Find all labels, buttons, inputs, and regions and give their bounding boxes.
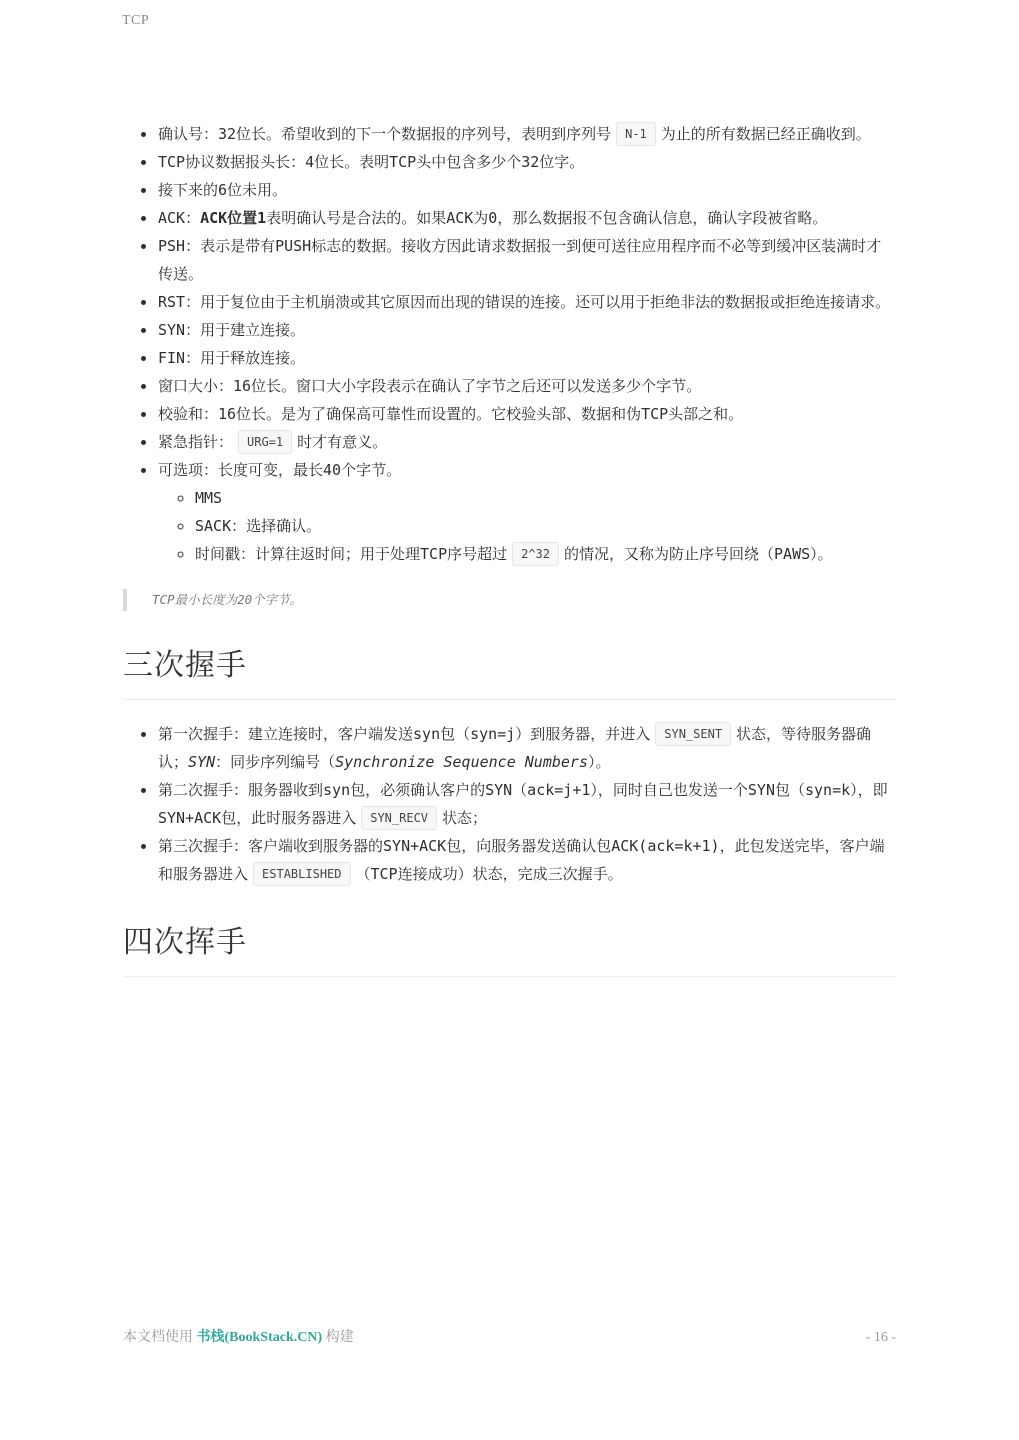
text-run: 确认号：32位长。希望收到的下一个数据报的序列号，表明到序列号 <box>158 125 611 143</box>
sub-list-item: SACK：选择确认。 <box>194 512 896 540</box>
inline-code: N-1 <box>616 122 656 146</box>
list-item: TCP协议数据报头长：4位长。表明TCP头中包含多少个32位字。 <box>157 148 896 176</box>
section-title-three-way: 三次握手 <box>123 647 896 700</box>
inline-code: URG=1 <box>238 430 292 454</box>
list-item: ACK：ACK位置1表明确认号是合法的。如果ACK为0，那么数据报不包含确认信息… <box>157 204 896 232</box>
list-item: 校验和：16位长。是为了确保高可靠性而设置的。它校验头部、数据和伪TCP头部之和… <box>157 400 896 428</box>
build-credit: 本文档使用 书栈(BookStack.CN) 构建 <box>123 1326 354 1346</box>
page-number: - 16 - <box>866 1330 896 1346</box>
document-page: TCP 确认号：32位长。希望收到的下一个数据报的序列号，表明到序列号N-1为止… <box>0 0 1019 1440</box>
text-run: 时才有意义。 <box>297 433 387 451</box>
list-item: 接下来的6位未用。 <box>157 176 896 204</box>
list-item: 第二次握手：服务器收到syn包，必须确认客户的SYN（ack=j+1），同时自己… <box>157 776 896 832</box>
text-run: SYN：用于建立连接。 <box>158 321 305 339</box>
italic-text: TCP最小长度为20个字节。 <box>152 592 302 607</box>
text-run: 的情况，又称为防止序号回绕（PAWS）。 <box>564 545 833 563</box>
text-run: 表明确认号是合法的。如果ACK为0，那么数据报不包含确认信息，确认字段被省略。 <box>266 209 827 227</box>
inline-code: SYN_SENT <box>655 722 731 746</box>
text-run: SACK：选择确认。 <box>195 517 321 535</box>
text-run: ）。 <box>588 753 611 771</box>
list-item: 窗口大小：16位长。窗口大小字段表示在确认了字节之后还可以发送多少个字节。 <box>157 372 896 400</box>
text-run: 状态； <box>442 809 487 827</box>
bookstack-link[interactable]: 书栈(BookStack.CN) <box>197 1330 323 1345</box>
bold-text: ACK位置1 <box>200 209 266 227</box>
section-four-way-handshake: 四次挥手 <box>123 924 896 977</box>
tcp-field-list: 确认号：32位长。希望收到的下一个数据报的序列号，表明到序列号N-1为止的所有数… <box>123 120 896 568</box>
section-three-way-handshake: 三次握手 第一次握手：建立连接时，客户端发送syn包（syn=j）到服务器，并进… <box>123 647 896 888</box>
text-run: 为止的所有数据已经正确收到。 <box>661 125 871 143</box>
list-item: 确认号：32位长。希望收到的下一个数据报的序列号，表明到序列号N-1为止的所有数… <box>157 120 896 148</box>
text-run: PSH：表示是带有PUSH标志的数据。接收方因此请求数据报一到便可送往应用程序而… <box>158 237 881 283</box>
text-run: 第二次握手：服务器收到syn包，必须确认客户的SYN（ack=j+1），同时自己… <box>158 781 888 827</box>
text-run: TCP协议数据报头长：4位长。表明TCP头中包含多少个32位字。 <box>158 153 584 171</box>
section-title-four-way: 四次挥手 <box>123 924 896 977</box>
inline-code: 2^32 <box>512 542 559 566</box>
list-item: 可选项：长度可变，最长40个字节。MMSSACK：选择确认。时间戳：计算往返时间… <box>157 456 896 568</box>
list-item: FIN：用于释放连接。 <box>157 344 896 372</box>
sub-list-item: MMS <box>194 484 896 512</box>
text-run: MMS <box>195 489 222 507</box>
text-run: 窗口大小：16位长。窗口大小字段表示在确认了字节之后还可以发送多少个字节。 <box>158 377 701 395</box>
three-way-handshake-list: 第一次握手：建立连接时，客户端发送syn包（syn=j）到服务器，并进入SYN_… <box>123 720 896 888</box>
credit-suffix: 构建 <box>322 1330 354 1345</box>
inline-code: SYN_RECV <box>361 806 437 830</box>
text-run: （TCP连接成功）状态，完成三次握手。 <box>356 865 623 883</box>
text-run: 可选项：长度可变，最长40个字节。 <box>158 461 401 479</box>
text-run: 第一次握手：建立连接时，客户端发送syn包（syn=j）到服务器，并进入 <box>158 725 650 743</box>
sub-list-item: 时间戳：计算往返时间；用于处理TCP序号超过2^32的情况，又称为防止序号回绕（… <box>194 540 896 568</box>
list-item: RST：用于复位由于主机崩溃或其它原因而出现的错误的连接。还可以用于拒绝非法的数… <box>157 288 896 316</box>
text-run: 时间戳：计算往返时间；用于处理TCP序号超过 <box>195 545 507 563</box>
text-run: 紧急指针： <box>158 433 233 451</box>
text-run: 接下来的6位未用。 <box>158 181 287 199</box>
content-area: 确认号：32位长。希望收到的下一个数据报的序列号，表明到序列号N-1为止的所有数… <box>123 0 896 977</box>
list-item: 第三次握手：客户端收到服务器的SYN+ACK包，向服务器发送确认包ACK(ack… <box>157 832 896 888</box>
list-item: SYN：用于建立连接。 <box>157 316 896 344</box>
text-run: RST：用于复位由于主机崩溃或其它原因而出现的错误的连接。还可以用于拒绝非法的数… <box>158 293 890 311</box>
sub-list: MMSSACK：选择确认。时间戳：计算往返时间；用于处理TCP序号超过2^32的… <box>158 484 896 568</box>
blockquote-text: TCP最小长度为20个字节。 <box>152 592 302 607</box>
list-item: 紧急指针：URG=1时才有意义。 <box>157 428 896 456</box>
italic-text: SYN <box>188 753 215 771</box>
list-item: 第一次握手：建立连接时，客户端发送syn包（syn=j）到服务器，并进入SYN_… <box>157 720 896 776</box>
text-run: FIN：用于释放连接。 <box>158 349 305 367</box>
credit-prefix: 本文档使用 <box>123 1330 197 1345</box>
running-header: TCP <box>122 13 149 29</box>
list-item: PSH：表示是带有PUSH标志的数据。接收方因此请求数据报一到便可送往应用程序而… <box>157 232 896 288</box>
inline-code: ESTABLISHED <box>253 862 350 886</box>
text-run: ACK： <box>158 209 200 227</box>
text-run: 校验和：16位长。是为了确保高可靠性而设置的。它校验头部、数据和伪TCP头部之和… <box>158 405 743 423</box>
italic-text: Synchronize Sequence Numbers <box>335 753 588 771</box>
page-footer: 本文档使用 书栈(BookStack.CN) 构建 - 16 - <box>123 1326 896 1346</box>
note-blockquote: TCP最小长度为20个字节。 <box>123 589 896 611</box>
text-run: ：同步序列编号（ <box>215 753 335 771</box>
